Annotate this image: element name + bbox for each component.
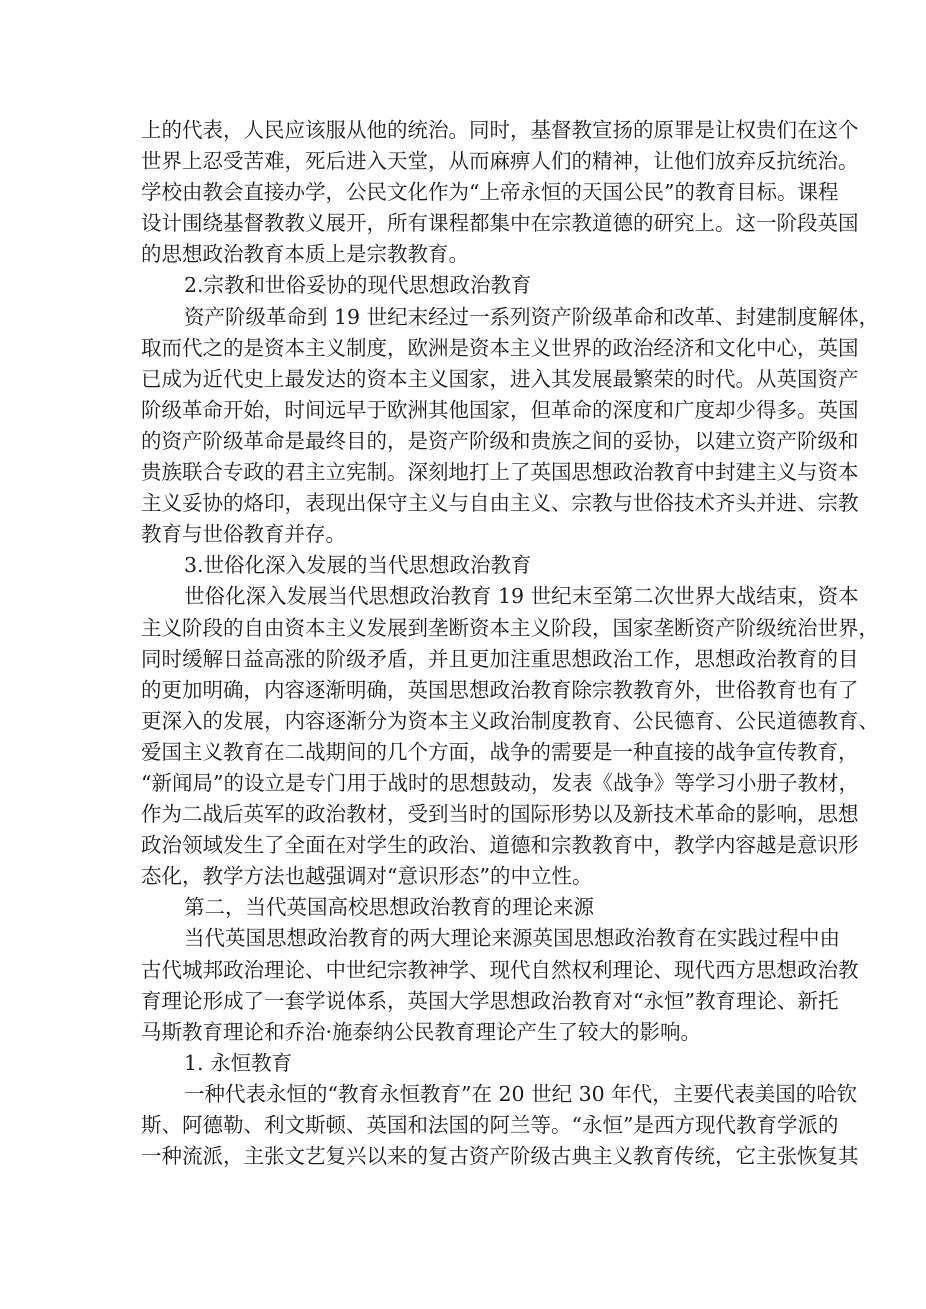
heading-text: 2.宗教和世俗妥协的现代思想政治教育 <box>141 270 787 301</box>
text-line: 更深入的发展，内容逐渐分为资本主义政治制度教育、公民德育、公民道德教育、 <box>141 706 787 737</box>
heading-text: 1. 永恒教育 <box>141 1048 787 1079</box>
text-line: 的资产阶级革命是最终目的，是资产阶级和贵族之间的妥协，以建立资产阶级和 <box>141 426 787 457</box>
text-line: 马斯教育理论和乔治·施泰纳公民教育理论产生了较大的影响。 <box>141 1017 787 1048</box>
text-line: 资产阶级革命到 19 世纪末经过一系列资产阶级革命和改革、封建制度解体， <box>141 302 787 333</box>
text-line: 政治领域发生了全面在对学生的政治、道德和宗教教育中，教学内容越是意识形 <box>141 830 787 861</box>
paragraph-secularization: 世俗化深入发展当代思想政治教育 19 世纪末至第二次世界大战结束，资本 主义阶段… <box>141 581 787 892</box>
text-line: 育理论形成了一套学说体系，英国大学思想政治教育对“永恒”教育理论、新托 <box>141 986 787 1017</box>
paragraph-religious-education-conclusion: 上的代表，人民应该服从他的统治。同时，基督教宣扬的原罪是让权贵们在这个 世界上忍… <box>141 115 787 270</box>
text-line: 世俗化深入发展当代思想政治教育 19 世纪末至第二次世界大战结束，资本 <box>141 581 787 612</box>
text-line: 当代英国思想政治教育的两大理论来源英国思想政治教育在实践过程中由 <box>141 923 787 954</box>
paragraph-theory-sources: 当代英国思想政治教育的两大理论来源英国思想政治教育在实践过程中由 古代城邦政治理… <box>141 923 787 1047</box>
section-heading-2: 2.宗教和世俗妥协的现代思想政治教育 <box>141 270 787 301</box>
text-line: 世界上忍受苦难，死后进入天堂，从而麻痹人们的精神，让他们放弃反抗统治。 <box>141 146 787 177</box>
section-heading-theory-sources: 第二，当代英国高校思想政治教育的理论来源 <box>141 892 787 923</box>
text-line: 主义阶段的自由资本主义发展到垄断资本主义阶段，国家垄断资产阶级统治世界， <box>141 613 787 644</box>
text-line: 学校由教会直接办学，公民文化作为“上帝永恒的天国公民”的教育目标。课程 <box>141 177 787 208</box>
text-line: 一种流派，主张文艺复兴以来的复古资产阶级古典主义教育传统，它主张恢复其 <box>141 1141 787 1172</box>
text-line: 阶级革命开始，时间远早于欧洲其他国家，但革命的深度和广度却少得多。英国 <box>141 395 787 426</box>
text-line: 教育与世俗教育并存。 <box>141 519 787 550</box>
text-line: “新闻局”的设立是专门用于战时的思想鼓动，发表《战争》等学习小册子教材， <box>141 768 787 799</box>
text-line: 贵族联合专政的君主立宪制。深刻地打上了英国思想政治教育中封建主义与资本 <box>141 457 787 488</box>
text-line: 设计围绕基督教教义展开，所有课程都集中在宗教道德的研究上。这一阶段英国 <box>141 208 787 239</box>
section-heading-3: 3.世俗化深入发展的当代思想政治教育 <box>141 550 787 581</box>
document-page: 上的代表，人民应该服从他的统治。同时，基督教宣扬的原罪是让权贵们在这个 世界上忍… <box>0 0 926 1309</box>
heading-text: 第二，当代英国高校思想政治教育的理论来源 <box>141 892 787 923</box>
text-line: 的思想政治教育本质上是宗教教育。 <box>141 239 787 270</box>
text-line: 斯、阿德勒、利文斯顿、英国和法国的阿兰等。“永恒”是西方现代教育学派的 <box>141 1110 787 1141</box>
text-line: 已成为近代史上最发达的资本主义国家，进入其发展最繁荣的时代。从英国资产 <box>141 364 787 395</box>
text-line: 主义妥协的烙印，表现出保守主义与自由主义、宗教与世俗技术齐头并进、宗教 <box>141 488 787 519</box>
text-line: 取而代之的是资本主义制度，欧洲是资本主义世界的政治经济和文化中心，英国 <box>141 333 787 364</box>
text-line: 的更加明确，内容逐渐明确，英国思想政治教育除宗教教育外，世俗教育也有了 <box>141 675 787 706</box>
text-line: 态化，教学方法也越强调对“意识形态”的中立性。 <box>141 861 787 892</box>
text-line: 一种代表永恒的“教育永恒教育”在 20 世纪 30 年代，主要代表美国的哈钦 <box>141 1079 787 1110</box>
text-column: 上的代表，人民应该服从他的统治。同时，基督教宣扬的原罪是让权贵们在这个 世界上忍… <box>141 115 787 1172</box>
paragraph-bourgeois-revolution: 资产阶级革命到 19 世纪末经过一系列资产阶级革命和改革、封建制度解体， 取而代… <box>141 302 787 551</box>
paragraph-perennialism: 一种代表永恒的“教育永恒教育”在 20 世纪 30 年代，主要代表美国的哈钦 斯… <box>141 1079 787 1172</box>
heading-text: 3.世俗化深入发展的当代思想政治教育 <box>141 550 787 581</box>
text-line: 爱国主义教育在二战期间的几个方面，战争的需要是一种直接的战争宣传教育， <box>141 737 787 768</box>
section-heading-perennialism: 1. 永恒教育 <box>141 1048 787 1079</box>
text-line: 作为二战后英军的政治教材，受到当时的国际形势以及新技术革命的影响，思想 <box>141 799 787 830</box>
text-line: 上的代表，人民应该服从他的统治。同时，基督教宣扬的原罪是让权贵们在这个 <box>141 115 787 146</box>
text-line: 同时缓解日益高涨的阶级矛盾，并且更加注重思想政治工作，思想政治教育的目 <box>141 644 787 675</box>
text-line: 古代城邦政治理论、中世纪宗教神学、现代自然权利理论、现代西方思想政治教 <box>141 955 787 986</box>
